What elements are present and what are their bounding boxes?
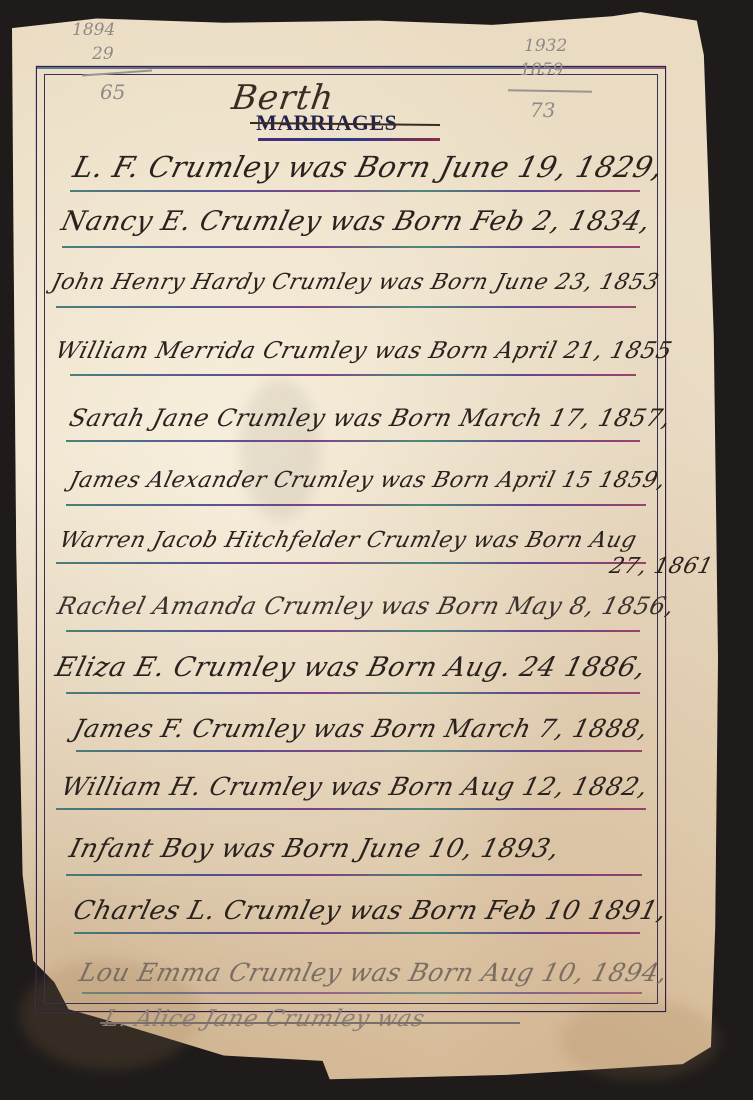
entry-underline (70, 190, 640, 192)
entry-text: Eliza E. Crumley was Born Aug. 24 1886, (52, 652, 649, 683)
entry-underline (66, 440, 640, 442)
entry-text: L. Alice Jane Crumley was (101, 1006, 428, 1032)
entry-underline (56, 562, 646, 564)
margin-number: 29 (92, 46, 114, 63)
entry-underline (76, 750, 642, 752)
entry-text: Infant Boy was Born June 10, 1893, (66, 834, 562, 864)
entry-text: Warren Jacob Hitchfelder Crumley was Bor… (57, 528, 640, 553)
entry-text: Charles L. Crumley was Born Feb 10 1891, (70, 896, 670, 926)
entry-text: Lou Emma Crumley was Born Aug 10, 1894, (76, 958, 670, 987)
entry-text: John Henry Hardy Crumley was Born June 2… (49, 270, 662, 295)
entry-underline (66, 630, 640, 632)
entry-text: Nancy E. Crumley was Born Feb 2, 1834, (58, 206, 654, 237)
entry-text: Sarah Jane Crumley was Born March 17, 18… (67, 404, 675, 432)
water-stain (560, 1000, 720, 1080)
entry-text: William Merrida Crumley was Born April 2… (53, 338, 675, 364)
entry-text: William H. Crumley was Born Aug 12, 1882… (58, 772, 651, 801)
entry-text: James F. Crumley was Born March 7, 1888, (70, 714, 651, 743)
entry-text: L. F. Crumley was Born June 19, 1829, (70, 150, 667, 184)
entry-underline (56, 808, 646, 810)
entry-underline (66, 874, 642, 876)
entry-continuation: 27, 1861 (607, 554, 716, 579)
entry-underline (70, 374, 636, 376)
entry-underline (66, 504, 646, 506)
margin-number: 1859 (520, 62, 563, 79)
margin-number: 65 (100, 82, 125, 102)
margin-number: 73 (530, 100, 555, 120)
margin-number: 1894 (72, 22, 115, 39)
entry-underline (82, 992, 642, 994)
entry-underline (74, 932, 640, 934)
strikethrough-line (100, 1022, 520, 1024)
margin-number: 1932 (524, 38, 567, 55)
entry-underline (62, 246, 640, 248)
heading-underline (258, 138, 440, 141)
entry-text: Rachel Amanda Crumley was Born May 8, 18… (55, 592, 678, 620)
entry-underline (66, 692, 640, 694)
entry-underline (56, 306, 636, 308)
entry-text: James Alexander Crumley was Born April 1… (67, 468, 668, 493)
